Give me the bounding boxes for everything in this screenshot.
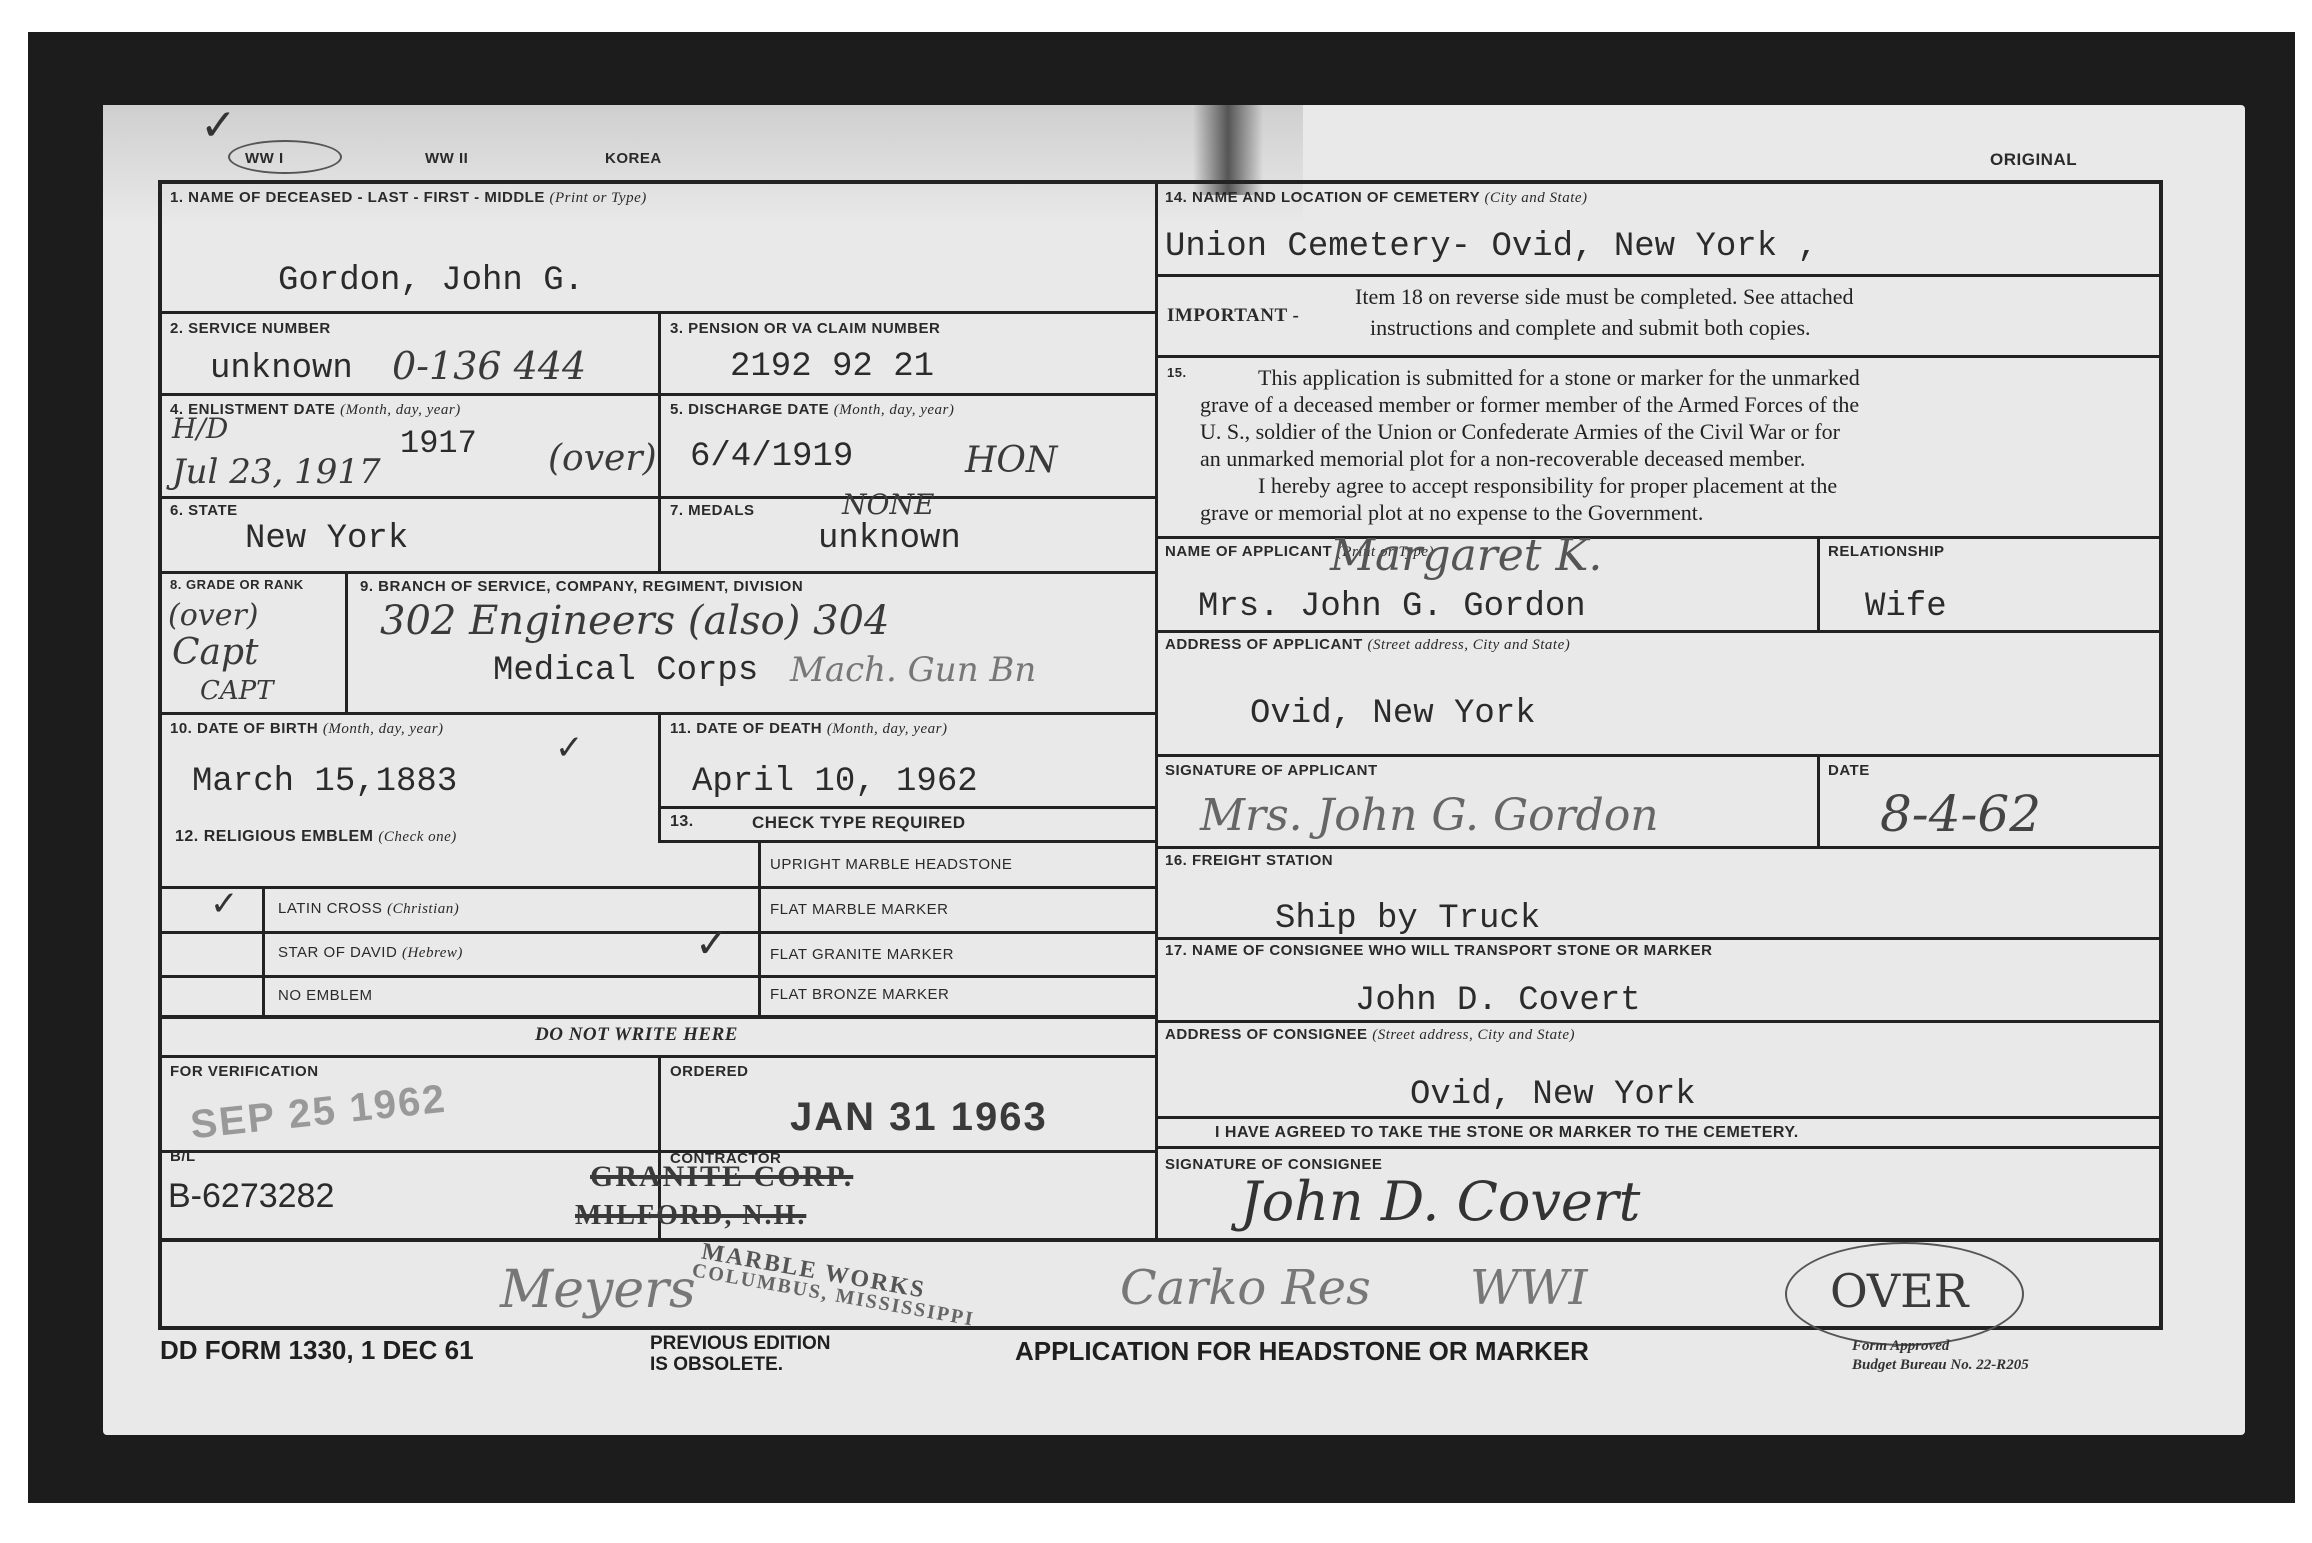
type-check-divider (758, 840, 761, 1017)
enlistment-note: H/D (172, 412, 228, 445)
left-sub-divider (658, 311, 661, 571)
emblem-option-star-of-david: STAR OF DAVID (Hebrew) (278, 944, 463, 962)
birth-check-icon: ✓ (555, 728, 584, 768)
consignee-name: John D. Covert (1355, 982, 1641, 1020)
contractor-struck-1: GRANITE CORP. (590, 1160, 853, 1194)
important-text-1: Item 18 on reverse side must be complete… (1355, 283, 1854, 310)
field-11-label: 11. DATE OF DEATH (Month, day, year) (670, 720, 947, 738)
statement-line-3: U. S., soldier of the Union or Confedera… (1200, 418, 1840, 445)
statement-line-6: grave or memorial plot at no expense to … (1200, 499, 1703, 526)
signature-date: 8-4-62 (1880, 785, 2041, 843)
type-option-upright-marble: UPRIGHT MARBLE HEADSTONE (770, 856, 1012, 873)
field-6-label: 6. STATE (170, 502, 238, 519)
type-checkbox-upright-marble[interactable] (660, 842, 758, 886)
death-date: April 10, 1962 (692, 763, 978, 801)
statement-line-4: an unmarked memorial plot for a non-reco… (1200, 445, 1805, 472)
statement-line-5: I hereby agree to accept responsibility … (1258, 472, 1837, 499)
row-divider (158, 393, 1158, 396)
grade-handwritten-1: (over) (168, 598, 259, 633)
relationship-divider (1817, 536, 1820, 631)
row-divider (1155, 1020, 2163, 1023)
applicant-name: Mrs. John G. Gordon (1198, 588, 1586, 626)
applicant-address: Ovid, New York (1250, 695, 1536, 733)
office-use-header: DO NOT WRITE HERE (535, 1024, 738, 1046)
claim-number: 2192 92 21 (730, 348, 934, 386)
consignee-address-label: ADDRESS OF CONSIGNEE (Street address, Ci… (1165, 1026, 1575, 1044)
discharge-date: 6/4/1919 (690, 438, 853, 476)
grade-handwritten-2: Capt (172, 632, 259, 673)
branch-value: Medical Corps (493, 652, 758, 690)
state-value: New York (245, 520, 408, 558)
type-checkbox-flat-bronze[interactable] (660, 977, 758, 1017)
row-divider (1155, 754, 2163, 757)
approval-line-1: Form Approved (1852, 1337, 1949, 1356)
enlistment-year: 1917 (400, 425, 477, 462)
emblem-option-latin-cross: LATIN CROSS (Christian) (278, 900, 459, 918)
enlistment-date-handwritten: Jul 23, 1917 (172, 452, 381, 492)
date-label: DATE (1828, 762, 1870, 779)
row-divider (1155, 355, 2163, 358)
consignee-address: Ovid, New York (1410, 1076, 1696, 1114)
field-2-label: 2. SERVICE NUMBER (170, 320, 331, 337)
form-number: DD FORM 1330, 1 DEC 61 (160, 1335, 474, 1366)
grade-divider (345, 571, 348, 712)
copy-label: ORIGINAL (1990, 150, 2077, 170)
field-9-label: 9. BRANCH OF SERVICE, COMPANY, REGIMENT,… (360, 578, 803, 595)
verification-label: FOR VERIFICATION (170, 1063, 319, 1080)
ww1-check-icon: ✓ (200, 100, 237, 151)
cemetery-value: Union Cemetery- Ovid, New York , (1165, 228, 1818, 266)
applicant-first-name-handwritten: Margaret K. (1330, 530, 1602, 581)
field-13-title: CHECK TYPE REQUIRED (752, 813, 966, 833)
service-number-handwritten: 0-136 444 (392, 344, 586, 388)
type-check-icon: ✓ (695, 921, 729, 967)
row-divider (158, 496, 1158, 499)
type-checkbox-flat-granite[interactable]: ✓ (660, 933, 758, 975)
important-text-2: instructions and complete and submit bot… (1370, 314, 1811, 341)
enlistment-over-note: (over) (548, 438, 657, 479)
note-over: OVER (1830, 1264, 1968, 1318)
consignee-signature: John D. Covert (1240, 1170, 1640, 1233)
branch-handwritten: 302 Engineers (also) 304 (380, 598, 889, 644)
row-divider (1155, 274, 2163, 277)
note-handwritten-3: Carko Res (1120, 1260, 1371, 1316)
approval-line-2: Budget Bureau No. 22-R205 (1852, 1356, 2029, 1375)
row-divider (1155, 630, 2163, 633)
medals-value: unknown (818, 520, 961, 558)
discharge-type-handwritten: HON (965, 440, 1057, 481)
important-label: IMPORTANT - (1167, 305, 1299, 327)
form-title: APPLICATION FOR HEADSTONE OR MARKER (1015, 1336, 1589, 1367)
field-12-label: 12. RELIGIOUS EMBLEM (Check one) (175, 828, 457, 846)
ordered-stamp: JAN 31 1963 (790, 1095, 1048, 1140)
emblem-checkbox-star-of-david[interactable] (160, 933, 262, 975)
applicant-signature-label: SIGNATURE OF APPLICANT (1165, 762, 1378, 779)
note-handwritten-4: WWI (1470, 1260, 1588, 1316)
type-option-flat-marble: FLAT MARBLE MARKER (770, 901, 948, 918)
field-5-label: 5. DISCHARGE DATE (Month, day, year) (670, 401, 954, 419)
field-7-label: 7. MEDALS (670, 502, 755, 519)
type-option-flat-granite: FLAT GRANITE MARKER (770, 946, 954, 963)
contractor-struck-2: MILFORD, N.H. (575, 1200, 806, 1232)
row-divider (1155, 937, 2163, 940)
previous-edition-line-2: IS OBSOLETE. (650, 1355, 783, 1375)
row-divider (1155, 536, 2163, 539)
ww1-circle-mark (228, 140, 342, 174)
row-divider (658, 806, 1158, 809)
note-handwritten-1: Meyers (500, 1260, 696, 1320)
medals-handwritten: NONE (842, 488, 934, 521)
service-number: unknown (210, 350, 353, 388)
ordered-label: ORDERED (670, 1063, 749, 1080)
war-option-korea: KOREA (605, 150, 662, 167)
row-divider (1155, 846, 2163, 849)
grade-handwritten-3: CAPT (200, 676, 274, 706)
statement-line-1: This application is submitted for a ston… (1258, 364, 1860, 391)
emblem-check-icon: ✓ (210, 884, 239, 924)
field-1-label: 1. NAME OF DECEASED - LAST - FIRST - MID… (170, 189, 647, 207)
freight-station: Ship by Truck (1275, 900, 1540, 938)
relationship-label: RELATIONSHIP (1828, 543, 1945, 560)
bl-label: B/L (170, 1148, 196, 1165)
field-13-num: 13. (670, 813, 694, 831)
war-option-ww2: WW II (425, 150, 468, 167)
left-sub-divider (658, 712, 661, 842)
consignee-agreement: I HAVE AGREED TO TAKE THE STONE OR MARKE… (1215, 1124, 1799, 1142)
field-15-num: 15. (1167, 365, 1187, 380)
date-divider (1817, 754, 1820, 847)
section-divider (158, 1015, 1158, 1019)
bl-number: B-6273282 (168, 1177, 334, 1216)
row-divider (1155, 1146, 2163, 1149)
field-10-label: 10. DATE OF BIRTH (Month, day, year) (170, 720, 444, 738)
type-option-flat-bronze: FLAT BRONZE MARKER (770, 986, 949, 1003)
row-divider (158, 571, 1158, 574)
row-divider (158, 1150, 1158, 1153)
statement-line-2: grave of a deceased member or former mem… (1200, 391, 1859, 418)
field-8-label: 8. GRADE OR RANK (170, 578, 304, 592)
row-divider (158, 975, 1158, 978)
previous-edition-line-1: PREVIOUS EDITION (650, 1334, 831, 1354)
row-divider (1155, 1116, 2163, 1119)
emblem-option-no-emblem: NO EMBLEM (278, 987, 373, 1004)
applicant-address-label: ADDRESS OF APPLICANT (Street address, Ci… (1165, 636, 1570, 654)
column-divider (1155, 180, 1158, 1240)
applicant-signature: Mrs. John G. Gordon (1200, 790, 1659, 841)
field-3-label: 3. PENSION OR VA CLAIM NUMBER (670, 320, 940, 337)
emblem-checkbox-latin-cross[interactable]: ✓ (160, 886, 262, 931)
branch-handwritten-2: Mach. Gun Bn (790, 650, 1036, 690)
row-divider (158, 931, 1158, 934)
birth-date: March 15,1883 (192, 763, 457, 801)
field-14-label: 14. NAME AND LOCATION OF CEMETERY (City … (1165, 189, 1588, 207)
field-16-label: 16. FREIGHT STATION (1165, 852, 1333, 869)
emblem-check-divider (262, 886, 265, 1017)
relationship-value: Wife (1865, 588, 1947, 626)
field-17-label: 17. NAME OF CONSIGNEE WHO WILL TRANSPORT… (1165, 942, 1712, 959)
section-divider (158, 1238, 2163, 1242)
deceased-name: Gordon, John G. (278, 262, 584, 300)
emblem-checkbox-no-emblem[interactable] (160, 977, 262, 1017)
